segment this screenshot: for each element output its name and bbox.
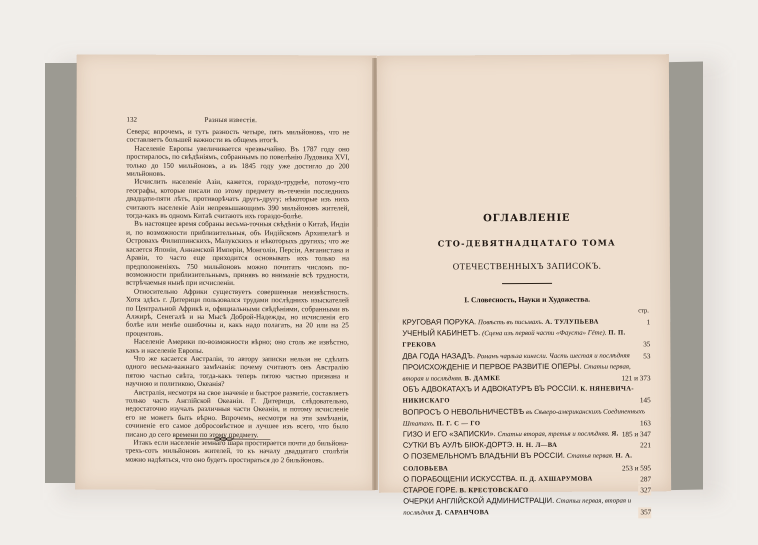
toc-entry: ОЧЕРКИ АНГЛІЙСКОЙ АДМИНИСТРАЦІИ. Статьи …	[403, 496, 651, 520]
paragraph: Итакъ если населеніе земнаго шара прости…	[125, 439, 348, 465]
toc-title: ОГЛАВЛЕНІЕ	[402, 212, 652, 224]
page-number: 132	[127, 116, 167, 124]
toc-journal: ОТЕЧЕСТВЕННЫХЪ ЗАПИСОКЪ.	[402, 260, 652, 271]
toc-entry: О ПОЗЕМЕЛЬНОМЪ ВЛАДѢНІИ ВЪ РОССІИ. Стать…	[403, 451, 651, 475]
paragraph: Австралія, несмотря на свое значеніе и б…	[125, 388, 348, 439]
toc-entry: ВОПРОСЪ О НЕВОЛЬНИЧЕСТВѢ въ Сѣверо-амери…	[403, 406, 651, 430]
paragraph: Относительно Африки существуетъ совершен…	[126, 287, 349, 338]
toc-entry: УЧЕНЫЙ КАБИНЕТЪ. (Сцена изъ первой части…	[402, 328, 650, 352]
paragraph: Севера; впрочемъ, и тутъ разность четыре…	[126, 128, 349, 146]
paragraph: Исчислить населеніе Азіи, кажется, гораз…	[126, 178, 349, 221]
paragraph: Что же касается Австраліи, то автору зап…	[126, 355, 349, 389]
running-title: Разныя известія.	[167, 116, 347, 125]
table-of-contents: ОГЛАВЛЕНІЕ СТО-ДЕВЯТНАДЦАТАГО ТОМА ОТЕЧЕ…	[401, 54, 651, 55]
paragraph: Въ настоящее время собраны весьма-точныя…	[126, 220, 349, 288]
page-column-label: стр.	[638, 307, 649, 314]
right-page: ОГЛАВЛЕНІЕ СТО-ДЕВЯТНАДЦАТАГО ТОМА ОТЕЧЕ…	[377, 54, 671, 493]
toc-entry: ПРОИСХОЖДЕНІЕ И ПЕРВОЕ РАЗВИТІЕ ОПЕРЫ. С…	[402, 361, 650, 385]
section-heading: I. Словесность, Науки и Художества.	[402, 294, 652, 304]
paragraph: Населеніе Европы увеличивается чрезвычай…	[126, 144, 349, 178]
left-page-header: 132 Разныя известія.	[127, 116, 347, 125]
left-page-body: Севера; впрочемъ, и тутъ разность четыре…	[125, 128, 349, 465]
divider	[502, 283, 552, 284]
toc-entry: ОБЪ АДВОКАТАХЪ И АДВОКАТУРѢ ВЪ РОССІИ. К…	[403, 384, 651, 408]
toc-entries: КРУГОВАЯ ПОРУКА. Повѣсть въ письмахъ. А.…	[402, 316, 651, 519]
toc-subtitle: СТО-ДЕВЯТНАДЦАТАГО ТОМА	[402, 237, 652, 248]
left-page: 132 Разныя известія. Севера; впрочемъ, и…	[75, 54, 377, 490]
paragraph: Населеніе Америки по-возможности вѣрно; …	[126, 338, 349, 356]
ornament-divider-icon	[175, 436, 270, 442]
